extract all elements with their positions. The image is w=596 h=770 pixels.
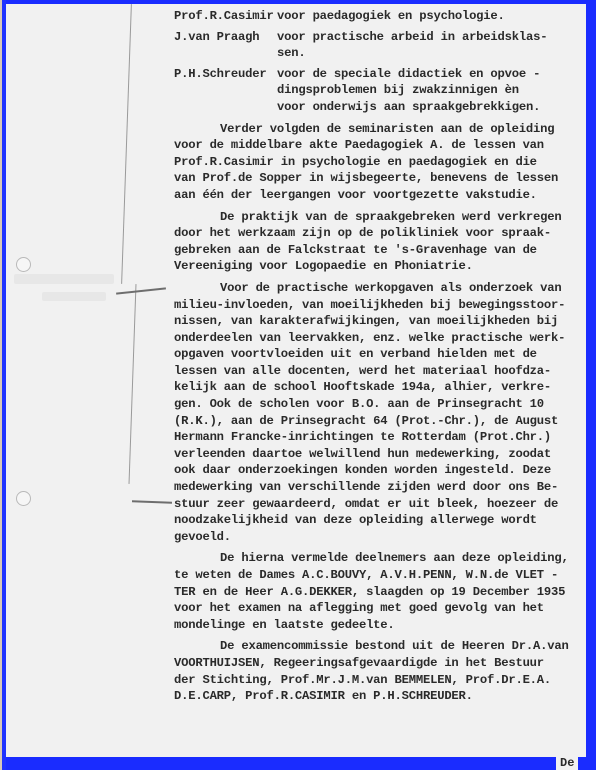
punch-hole-icon	[16, 491, 31, 506]
subject-line: voor paedagogiek en psychologie.	[277, 8, 586, 25]
text-line: gen. Ook de scholen voor B.O. aan de Pri…	[174, 396, 586, 413]
subject-line: voor practische arbeid in arbeidsklas-	[277, 29, 586, 46]
staff-name: Prof.R.Casimir	[174, 8, 277, 25]
subject-line: voor onderwijs aan spraakgebrekkigen.	[277, 99, 586, 116]
staff-subject: voor practische arbeid in arbeidsklas-se…	[277, 29, 586, 62]
text-line: verleenden daartoe welwillend hun medewe…	[174, 446, 586, 463]
text-line: voor het examen na aflegging met goed ge…	[174, 600, 586, 617]
staff-name: P.H.Schreuder	[174, 66, 277, 116]
subject-line: dingsproblemen bij zwakzinnigen èn	[277, 82, 586, 99]
text-line: opgaven voortvloeiden uit en verband hie…	[174, 346, 586, 363]
text-line: Hermann Francke-inrichtingen te Rotterda…	[174, 429, 586, 446]
text-line: medewerking van verschillende zijden wer…	[174, 479, 586, 496]
text-line: door het werkzaam zijn op de polikliniek…	[174, 225, 586, 242]
text-line: Voor de practische werkopgaven als onder…	[174, 280, 586, 297]
staff-subject: voor paedagogiek en psychologie.	[277, 8, 586, 25]
pencil-mark	[121, 4, 132, 284]
paragraph: De examencommissie bestond uit de Heeren…	[174, 638, 586, 704]
staff-name: J.van Praagh	[174, 29, 277, 62]
text-line: voor de middelbare akte Paedagogiek A. d…	[174, 137, 586, 154]
text-line: De examencommissie bestond uit de Heeren…	[174, 638, 586, 655]
subject-line: sen.	[277, 45, 586, 62]
text-line: onderdeelen van leervakken, enz. welke p…	[174, 330, 586, 347]
paragraph: De praktijk van de spraakgebreken werd v…	[174, 209, 586, 275]
text-line: aan één der leergangen voor voortgezette…	[174, 187, 586, 204]
staff-subject: voor de speciale didactiek en opvoe -din…	[277, 66, 586, 116]
text-line: nissen, van karakterafwijkingen, van moe…	[174, 313, 586, 330]
text-line: De praktijk van de spraakgebreken werd v…	[174, 209, 586, 226]
text-line: De hierna vermelde deelnemers aan deze o…	[174, 550, 586, 567]
text-line: noodzakelijkheid van deze opleiding alle…	[174, 512, 586, 529]
document-page: Prof.R.Casimirvoor paedagogiek en psycho…	[6, 4, 586, 757]
margin-bleed-through	[42, 292, 106, 301]
text-line: stuur zeer gewaardeerd, omdat er uit ble…	[174, 496, 586, 513]
text-line: Verder volgden de seminaristen aan de op…	[174, 121, 586, 138]
paragraph: Voor de practische werkopgaven als onder…	[174, 280, 586, 546]
text-line: ook daar onderzoekingen konden worden in…	[174, 462, 586, 479]
text-line: gevoeld.	[174, 529, 586, 546]
staff-entry: J.van Praaghvoor practische arbeid in ar…	[174, 29, 586, 62]
text-line: kelijk aan de school Hooftskade 194a, al…	[174, 379, 586, 396]
text-line: der Stichting, Prof.Mr.J.M.van BEMMELEN,…	[174, 672, 586, 689]
text-line: Vereeniging voor Logopaedie en Phoniatri…	[174, 258, 586, 275]
pencil-mark	[132, 500, 172, 503]
text-line: D.E.CARP, Prof.R.CASIMIR en P.H.SCHREUDE…	[174, 688, 586, 705]
text-line: lessen van alle docenten, werd het mater…	[174, 363, 586, 380]
margin-bleed-through	[14, 274, 114, 284]
text-line: TER en de Heer A.G.DEKKER, slaagden op 1…	[174, 584, 586, 601]
staff-entry: P.H.Schreudervoor de speciale didactiek …	[174, 66, 586, 116]
text-line: mondelinge en laatste gedeelte.	[174, 617, 586, 634]
text-line: Prof.R.Casimir in psychologie en paedago…	[174, 154, 586, 171]
subject-line: voor de speciale didactiek en opvoe -	[277, 66, 586, 83]
paragraph: De hierna vermelde deelnemers aan deze o…	[174, 550, 586, 633]
punch-hole-icon	[16, 257, 31, 272]
text-line: van Prof.de Sopper in wijsbegeerte, bene…	[174, 170, 586, 187]
text-line: milieu-invloeden, van moeilijkheden bij …	[174, 297, 586, 314]
pencil-mark	[116, 287, 166, 294]
paragraph: Verder volgden de seminaristen aan de op…	[174, 121, 586, 204]
catchword: De	[556, 756, 578, 770]
pencil-mark	[129, 284, 137, 484]
text-line: gebreken aan de Falckstraat te 's-Graven…	[174, 242, 586, 259]
staff-entry: Prof.R.Casimirvoor paedagogiek en psycho…	[174, 8, 586, 25]
text-line: VOORTHUIJSEN, Regeeringsafgevaardigde in…	[174, 655, 586, 672]
document-body: Prof.R.Casimirvoor paedagogiek en psycho…	[174, 8, 586, 709]
text-line: te weten de Dames A.C.BOUVY, A.V.H.PENN,…	[174, 567, 586, 584]
text-line: (R.K.), aan de Prinsegracht 64 (Prot.-Ch…	[174, 413, 586, 430]
